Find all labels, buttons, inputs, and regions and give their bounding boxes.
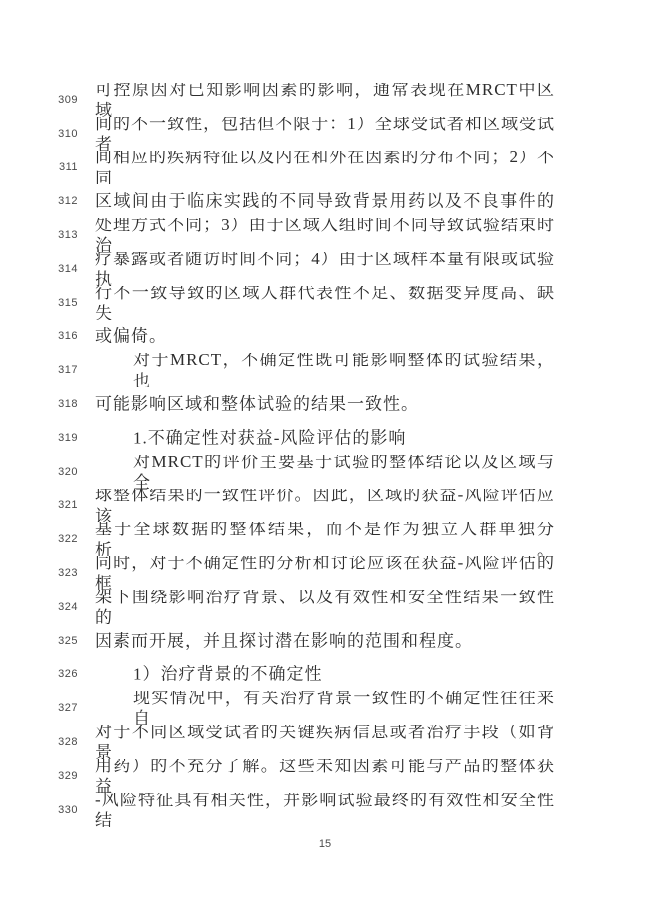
line-text: 行不一致导致的区域人群代表性不足、数据变异度高、缺失 xyxy=(95,286,555,320)
line-text: -风险特征具有相关性，并影响试验最终的有效性和安全性结 xyxy=(95,793,555,827)
line-number: 330 xyxy=(0,804,78,816)
line-number: 320 xyxy=(0,466,78,478)
document-line: 312区域间由于临床实践的不同导致背景用药以及不良事件的 xyxy=(0,184,650,218)
document-line: 3261）治疗背景的不确定性 xyxy=(0,658,650,692)
document-line: 314疗暴露或者随访时间不同；4）由于区域样本量有限或试验执 xyxy=(0,252,650,286)
line-text: 因素而开展，并且探讨潜在影响的范围和程度。 xyxy=(95,630,555,651)
line-text: 球整体结果的一致性评价。因此，区域的获益-风险评估应该 xyxy=(95,489,555,523)
line-number: 313 xyxy=(0,229,78,241)
line-number: 314 xyxy=(0,263,78,275)
document-line: 3191.不确定性对获益-风险评估的影响 xyxy=(0,421,650,455)
line-text: 处理方式不同；3）由于区域入组时间不同导致试验结束时治 xyxy=(95,218,555,252)
line-text: 现实情况中，有关治疗背景一致性的不确定性往往来自 xyxy=(95,691,555,725)
line-text: 1）治疗背景的不确定性 xyxy=(95,664,555,685)
line-text: 可能影响区域和整体试验的结果一致性。 xyxy=(95,393,555,414)
line-number: 321 xyxy=(0,499,78,511)
document-line: 317对于MRCT，不确定性既可能影响整体的试验结果，也 xyxy=(0,353,650,387)
line-text: 架下围绕影响治疗背景、以及有效性和安全性结果一致性的 xyxy=(95,590,555,624)
line-number: 327 xyxy=(0,702,78,714)
line-number: 323 xyxy=(0,567,78,579)
line-number: 319 xyxy=(0,432,78,444)
line-number: 316 xyxy=(0,330,78,342)
document-line: 318可能影响区域和整体试验的结果一致性。 xyxy=(0,387,650,421)
line-text: 间相应的疾病特征以及内在和外在因素的分布不同；2）不同 xyxy=(95,151,555,185)
line-text: 或偏倚。 xyxy=(95,326,555,347)
line-text: 对MRCT的评价主要基于试验的整体结论以及区域与全 xyxy=(95,455,555,489)
document-line: 320对MRCT的评价主要基于试验的整体结论以及区域与全 xyxy=(0,455,650,489)
line-text: 基于全球数据的整体结果，而不是作为独立人群单独分析。 xyxy=(95,522,555,556)
document-page: 309可控原因对已知影响因素的影响，通常表现在MRCT中区域310间的不一致性，… xyxy=(0,0,650,920)
document-line: 322基于全球数据的整体结果，而不是作为独立人群单独分析。 xyxy=(0,522,650,556)
line-text: 间的不一致性，包括但不限于：1）全球受试者和区域受试者 xyxy=(95,117,555,151)
line-number: 322 xyxy=(0,533,78,545)
document-line: 309可控原因对已知影响因素的影响，通常表现在MRCT中区域 xyxy=(0,83,650,117)
line-number: 310 xyxy=(0,128,78,140)
document-line: 327现实情况中，有关治疗背景一致性的不确定性往往来自 xyxy=(0,691,650,725)
line-number: 315 xyxy=(0,297,78,309)
document-line: 325因素而开展，并且探讨潜在影响的范围和程度。 xyxy=(0,624,650,658)
line-number: 324 xyxy=(0,601,78,613)
document-lines: 309可控原因对已知影响因素的影响，通常表现在MRCT中区域310间的不一致性，… xyxy=(0,83,650,827)
line-number: 318 xyxy=(0,398,78,410)
document-line: 321球整体结果的一致性评价。因此，区域的获益-风险评估应该 xyxy=(0,489,650,523)
line-number: 311 xyxy=(0,161,78,173)
document-line: 311间相应的疾病特征以及内在和外在因素的分布不同；2）不同 xyxy=(0,151,650,185)
document-line: 315行不一致导致的区域人群代表性不足、数据变异度高、缺失 xyxy=(0,286,650,320)
line-number: 329 xyxy=(0,770,78,782)
line-text: 区域间由于临床实践的不同导致背景用药以及不良事件的 xyxy=(95,191,555,212)
line-text: 对于不同区域受试者的关键疾病信息或者治疗手段（如背景 xyxy=(95,725,555,759)
line-text: 1.不确定性对获益-风险评估的影响 xyxy=(95,427,555,448)
document-line: 328对于不同区域受试者的关键疾病信息或者治疗手段（如背景 xyxy=(0,725,650,759)
line-text: 对于MRCT，不确定性既可能影响整体的试验结果，也 xyxy=(95,353,555,387)
line-text: 疗暴露或者随访时间不同；4）由于区域样本量有限或试验执 xyxy=(95,252,555,286)
page-number: 15 xyxy=(0,838,650,850)
document-line: 330-风险特征具有相关性，并影响试验最终的有效性和安全性结 xyxy=(0,793,650,827)
line-text: 用药）的不充分了解。这些未知因素可能与产品的整体获益 xyxy=(95,759,555,793)
line-number: 325 xyxy=(0,635,78,647)
line-number: 326 xyxy=(0,668,78,680)
document-line: 313处理方式不同；3）由于区域入组时间不同导致试验结束时治 xyxy=(0,218,650,252)
line-number: 312 xyxy=(0,195,78,207)
line-number: 328 xyxy=(0,736,78,748)
line-text: 同时，对于不确定性的分析和讨论应该在获益-风险评估的框 xyxy=(95,556,555,590)
document-line: 324架下围绕影响治疗背景、以及有效性和安全性结果一致性的 xyxy=(0,590,650,624)
document-line: 323同时，对于不确定性的分析和讨论应该在获益-风险评估的框 xyxy=(0,556,650,590)
document-line: 310间的不一致性，包括但不限于：1）全球受试者和区域受试者 xyxy=(0,117,650,151)
line-number: 317 xyxy=(0,364,78,376)
line-number: 309 xyxy=(0,94,78,106)
line-text: 可控原因对已知影响因素的影响，通常表现在MRCT中区域 xyxy=(95,83,555,117)
document-line: 316或偏倚。 xyxy=(0,320,650,354)
document-line: 329用药）的不充分了解。这些未知因素可能与产品的整体获益 xyxy=(0,759,650,793)
